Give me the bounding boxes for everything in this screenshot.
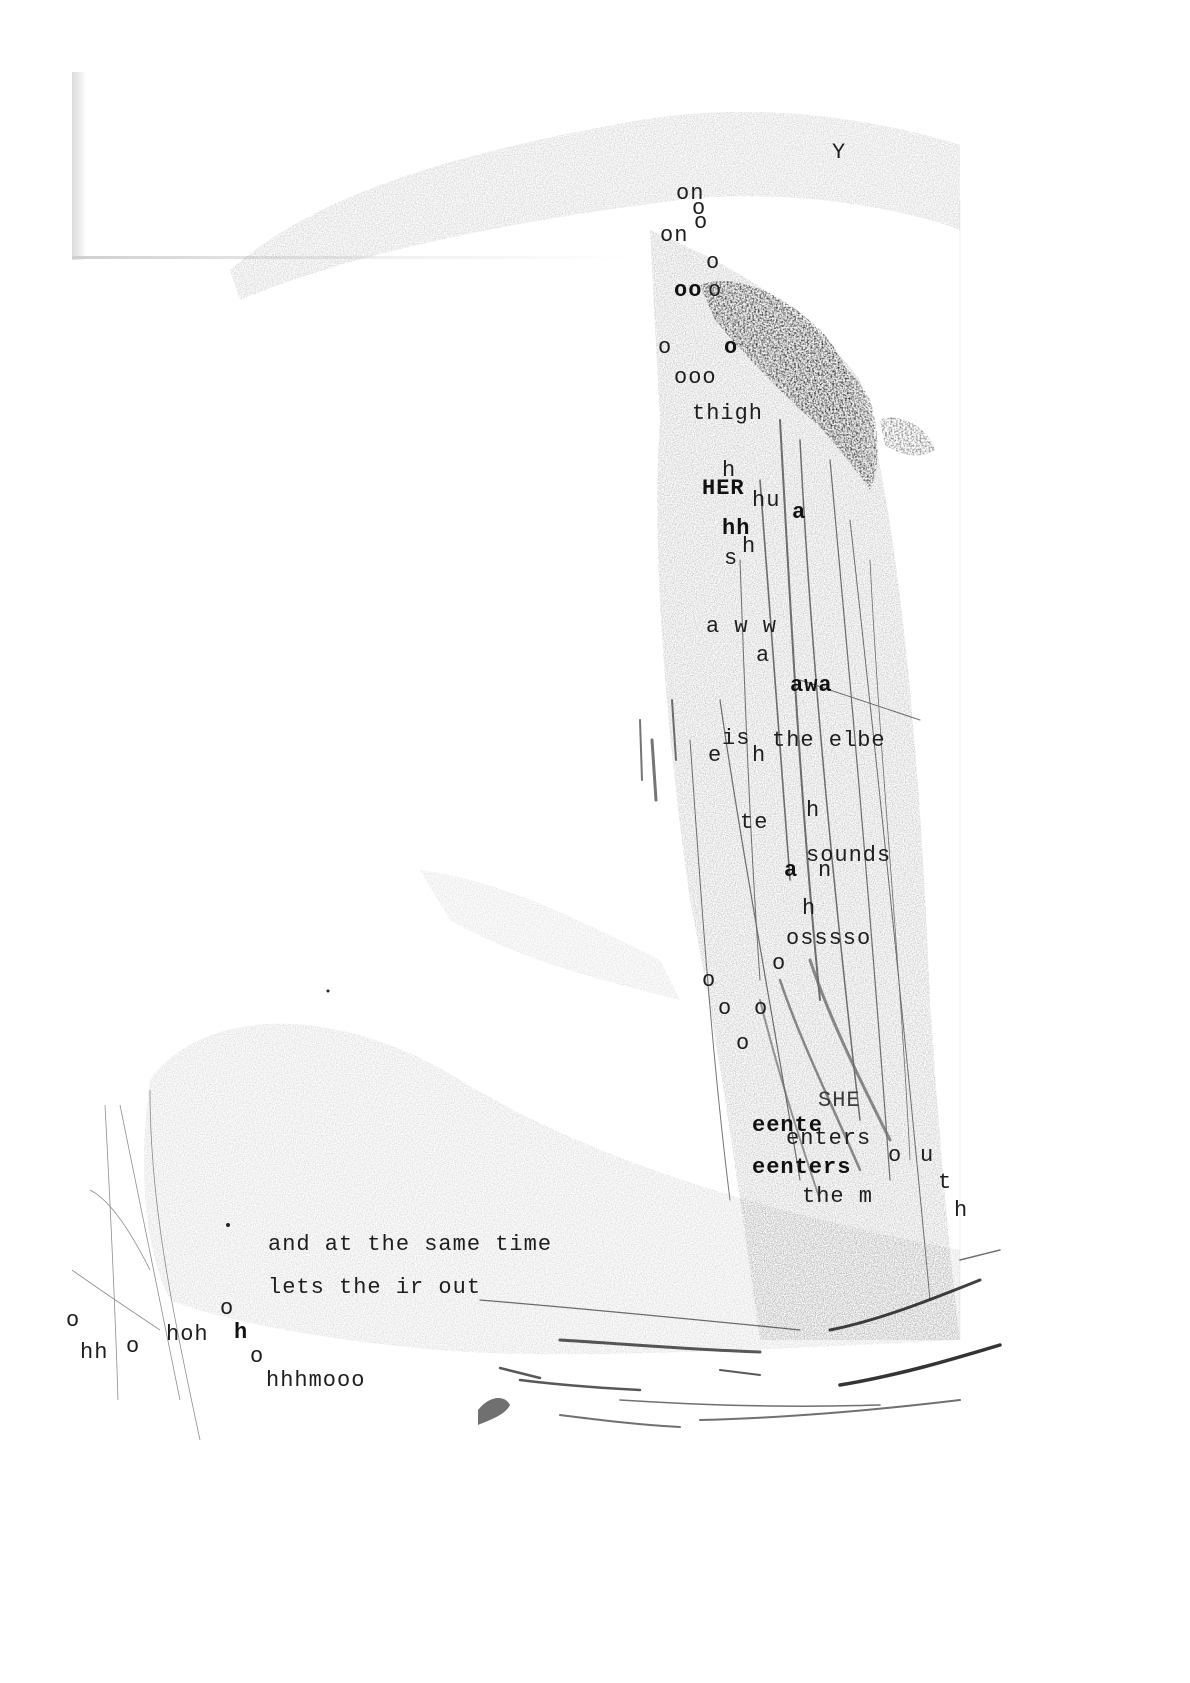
text-fragment: a (756, 645, 770, 667)
text-fragment: hhhmooo (266, 1370, 365, 1392)
poem-line: and at the same time (268, 1234, 552, 1256)
text-fragment: o (754, 998, 768, 1020)
text-fragment: on (660, 225, 688, 247)
ink-speck (226, 1223, 230, 1227)
text-fragment: oo (674, 280, 702, 302)
text-fragment: o (126, 1336, 140, 1358)
text-fragment: o (706, 252, 720, 274)
text-fragment: o (658, 337, 672, 359)
text-fragment: thigh (692, 403, 763, 425)
text-fragment: t (938, 1172, 952, 1194)
text-fragment: hh (80, 1342, 108, 1364)
text-fragment: hoh (166, 1324, 209, 1346)
text-fragment: o (708, 280, 722, 302)
text-fragment: ooo (674, 367, 717, 389)
scanned-page: Y on o o on o oo o o o ooo thigh h HER h… (0, 0, 1190, 1683)
poem-line: lets the ir out (268, 1277, 481, 1299)
text-fragment: the m (802, 1186, 873, 1208)
text-fragment: s (724, 548, 738, 570)
text-fragment: h (752, 745, 766, 767)
text-fragment: h (742, 536, 756, 558)
ink-smear-bottom (478, 1398, 510, 1425)
text-fragment: osssso (786, 928, 871, 950)
text-fragment: a w w (706, 616, 777, 638)
text-fragment: h (234, 1322, 248, 1344)
text-fragment: o (888, 1145, 902, 1167)
text-fragment: enters (786, 1128, 871, 1150)
text-fragment: is (722, 728, 750, 750)
text-fragment: SHE (818, 1090, 861, 1112)
text-fragment: a (792, 502, 806, 524)
text-fragment: o (702, 970, 716, 992)
text-fragment: o (772, 953, 786, 975)
text-fragment: a (784, 860, 798, 882)
text-fragment: n (818, 860, 832, 882)
text-fragment: h (806, 800, 820, 822)
text-fragment: o (718, 998, 732, 1020)
text-fragment: o (66, 1310, 80, 1332)
text-fragment: the elbe (772, 730, 886, 752)
text-fragment: Y (832, 142, 846, 164)
text-fragment: u (920, 1145, 934, 1167)
text-fragment: te (740, 812, 768, 834)
text-fragment: o (724, 337, 738, 359)
text-fragment: o (220, 1298, 234, 1320)
charcoal-arc-top (230, 112, 960, 300)
text-fragment: h (802, 898, 816, 920)
text-fragment: awa (790, 675, 833, 697)
text-fragment: o (694, 212, 708, 234)
ink-smudge-artwork (0, 0, 1190, 1683)
text-fragment: o (250, 1346, 264, 1368)
text-fragment: h (954, 1200, 968, 1222)
ink-speck (327, 990, 330, 993)
text-fragment: HER (702, 478, 745, 500)
text-fragment: o (736, 1033, 750, 1055)
text-fragment: e (708, 745, 722, 767)
text-fragment: hu (752, 490, 780, 512)
text-fragment: eenters (752, 1157, 851, 1179)
